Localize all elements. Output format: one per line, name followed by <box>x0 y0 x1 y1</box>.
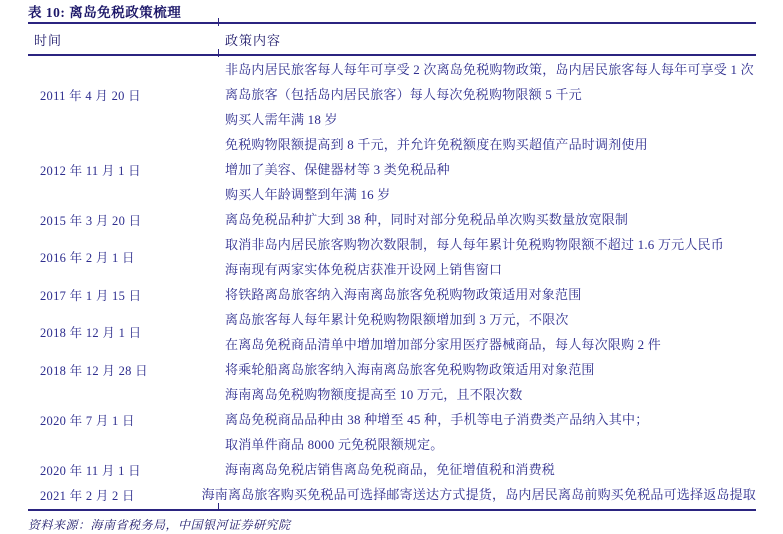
date-cell: 2018 年 12 月 1 日 <box>28 323 218 341</box>
date-cell: 2018 年 12 月 28 日 <box>28 361 218 379</box>
source-note: 资料来源：海南省税务局，中国银河证券研究院 <box>28 516 756 533</box>
table-row: 2020 年 11 月 1 日 海南离岛免税店销售离岛免税商品，免征增值税和消费… <box>28 457 756 482</box>
table-row: 2017 年 1 月 15 日 将铁路离岛旅客纳入海南离岛旅客免税购物政策适用对… <box>28 282 756 307</box>
policy-cell: 将乘轮船离岛旅客纳入海南离岛旅客免税购物政策适用对象范围 <box>218 357 756 382</box>
policy-cell: 将铁路离岛旅客纳入海南离岛旅客免税购物政策适用对象范围 <box>218 282 756 307</box>
policy-line: 非岛内居民旅客每人每年可享受 2 次离岛免税购物政策，岛内居民旅客每人每年可享受… <box>225 57 756 82</box>
table-row: 2020 年 7 月 1 日 海南离岛免税购物额度提高至 10 万元，且不限次数… <box>28 382 756 457</box>
policy-line: 海南离岛免税店销售离岛免税商品，免征增值税和消费税 <box>225 457 756 482</box>
table-row: 2016 年 2 月 1 日 取消非岛内居民旅客购物次数限制，每人每年累计免税购… <box>28 232 756 282</box>
policy-line: 离岛免税品种扩大到 38 种，同时对部分免税品单次购买数量放宽限制 <box>225 207 756 232</box>
date-cell: 2015 年 3 月 20 日 <box>28 211 218 229</box>
policy-cell: 海南离岛旅客购买免税品可选择邮寄送达方式提货，岛内居民离岛前购买免税品可选择返岛… <box>195 482 756 507</box>
date-cell: 2020 年 7 月 1 日 <box>28 411 218 429</box>
table-header-row: 时间 政策内容 <box>28 24 756 56</box>
policy-cell: 海南离岛免税店销售离岛免税商品，免征增值税和消费税 <box>218 457 756 482</box>
column-divider-tick <box>218 18 219 26</box>
column-divider-tick <box>218 503 219 511</box>
policy-line: 购买人年龄调整到年满 16 岁 <box>225 182 756 207</box>
policy-line: 取消非岛内居民旅客购物次数限制，每人每年累计免税购物限额不超过 1.6 万元人民… <box>225 232 756 257</box>
date-cell: 2017 年 1 月 15 日 <box>28 286 218 304</box>
policy-line: 将乘轮船离岛旅客纳入海南离岛旅客免税购物政策适用对象范围 <box>225 357 756 382</box>
policy-cell: 离岛免税品种扩大到 38 种，同时对部分免税品单次购买数量放宽限制 <box>218 207 756 232</box>
column-divider-tick <box>218 49 219 57</box>
table-row: 2018 年 12 月 1 日 离岛旅客每人每年累计免税购物限额增加到 3 万元… <box>28 307 756 357</box>
policy-line: 增加了美容、保健器材等 3 类免税品种 <box>225 157 756 182</box>
policy-cell: 免税购物限额提高到 8 千元，并允许免税额度在购买超值产品时调剂使用增加了美容、… <box>218 132 756 207</box>
report-table-page: 表 10: 离岛免税政策梳理 时间 政策内容 2011 年 4 月 20 日 非… <box>0 0 783 534</box>
policy-line: 购买人需年满 18 岁 <box>225 107 756 132</box>
policy-line: 海南离岛免税购物额度提高至 10 万元，且不限次数 <box>225 382 756 407</box>
policy-line: 海南现有两家实体免税店获准开设网上销售窗口 <box>225 257 756 282</box>
date-cell: 2011 年 4 月 20 日 <box>28 86 218 104</box>
policy-cell: 非岛内居民旅客每人每年可享受 2 次离岛免税购物政策，岛内居民旅客每人每年可享受… <box>218 57 756 132</box>
table-row: 2012 年 11 月 1 日 免税购物限额提高到 8 千元，并允许免税额度在购… <box>28 132 756 207</box>
policy-line: 免税购物限额提高到 8 千元，并允许免税额度在购买超值产品时调剂使用 <box>225 132 756 157</box>
policy-line: 离岛旅客每人每年累计免税购物限额增加到 3 万元，不限次 <box>225 307 756 332</box>
table-title: 表 10: 离岛免税政策梳理 <box>28 4 756 22</box>
date-cell: 2021 年 2 月 2 日 <box>28 486 195 504</box>
policy-cell: 取消非岛内居民旅客购物次数限制，每人每年累计免税购物限额不超过 1.6 万元人民… <box>218 232 756 282</box>
policy-line: 离岛旅客（包括岛内居民旅客）每人每次免税购物限额 5 千元 <box>225 82 756 107</box>
policy-cell: 离岛旅客每人每年累计免税购物限额增加到 3 万元，不限次在离岛免税商品清单中增加… <box>218 307 756 357</box>
table-row: 2015 年 3 月 20 日 离岛免税品种扩大到 38 种，同时对部分免税品单… <box>28 207 756 232</box>
policy-line: 离岛免税商品品种由 38 种增至 45 种，手机等电子消费类产品纳入其中； <box>225 407 756 432</box>
policy-line: 将铁路离岛旅客纳入海南离岛旅客免税购物政策适用对象范围 <box>225 282 756 307</box>
policy-table: 时间 政策内容 2011 年 4 月 20 日 非岛内居民旅客每人每年可享受 2… <box>28 22 756 511</box>
policy-line: 取消单件商品 8000 元免税限额规定。 <box>225 432 756 457</box>
table-body: 2011 年 4 月 20 日 非岛内居民旅客每人每年可享受 2 次离岛免税购物… <box>28 56 756 511</box>
table-row: 2011 年 4 月 20 日 非岛内居民旅客每人每年可享受 2 次离岛免税购物… <box>28 57 756 132</box>
column-header-time: 时间 <box>28 30 218 49</box>
column-header-policy: 政策内容 <box>218 30 756 49</box>
date-cell: 2012 年 11 月 1 日 <box>28 161 218 179</box>
policy-line: 海南离岛旅客购买免税品可选择邮寄送达方式提货，岛内居民离岛前购买免税品可选择返岛… <box>202 482 756 507</box>
policy-cell: 海南离岛免税购物额度提高至 10 万元，且不限次数离岛免税商品品种由 38 种增… <box>218 382 756 457</box>
table-row: 2018 年 12 月 28 日 将乘轮船离岛旅客纳入海南离岛旅客免税购物政策适… <box>28 357 756 382</box>
table-row: 2021 年 2 月 2 日 海南离岛旅客购买免税品可选择邮寄送达方式提货，岛内… <box>28 482 756 507</box>
date-cell: 2016 年 2 月 1 日 <box>28 248 218 266</box>
date-cell: 2020 年 11 月 1 日 <box>28 461 218 479</box>
policy-line: 在离岛免税商品清单中增加增加部分家用医疗器械商品，每人每次限购 2 件 <box>225 332 756 357</box>
